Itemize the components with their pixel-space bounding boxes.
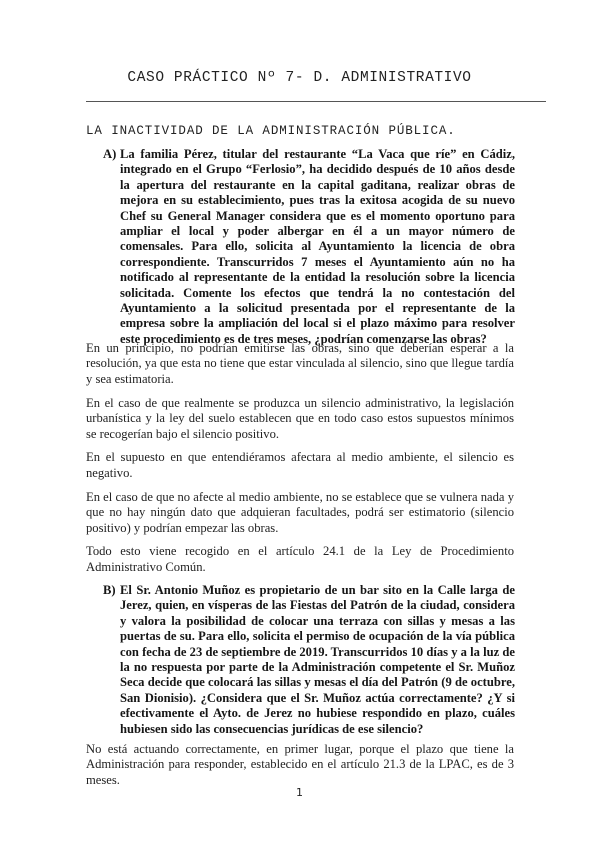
question-marker: B) [103, 583, 116, 598]
answer-paragraph: En un principio, no podrían emitirse las… [86, 341, 514, 387]
answer-a: En un principio, no podrían emitirse las… [86, 341, 514, 584]
title-divider [86, 101, 546, 102]
document-page: CASO PRÁCTICO Nº 7- D. ADMINISTRATIVO LA… [0, 0, 599, 848]
answer-paragraph: En el caso de que no afecte al medio amb… [86, 490, 514, 536]
question-text: El Sr. Antonio Muñoz es propietario de u… [120, 583, 515, 737]
question-a: A) La familia Pérez, titular del restaur… [103, 147, 515, 347]
question-text: La familia Pérez, titular del restaurant… [120, 147, 515, 347]
answer-paragraph: En el supuesto en que entendiéramos afec… [86, 450, 514, 481]
page-number: 1 [0, 786, 599, 799]
answer-paragraph: En el caso de que realmente se produzca … [86, 396, 514, 442]
section-heading: LA INACTIVIDAD DE LA ADMINISTRACIÓN PÚBL… [86, 124, 456, 138]
answer-paragraph: Todo esto viene recogido en el artículo … [86, 544, 514, 575]
question-marker: A) [103, 147, 116, 162]
answer-paragraph: No está actuando correctamente, en prime… [86, 742, 514, 788]
document-title: CASO PRÁCTICO Nº 7- D. ADMINISTRATIVO [0, 70, 599, 86]
question-b: B) El Sr. Antonio Muñoz es propietario d… [103, 583, 515, 737]
